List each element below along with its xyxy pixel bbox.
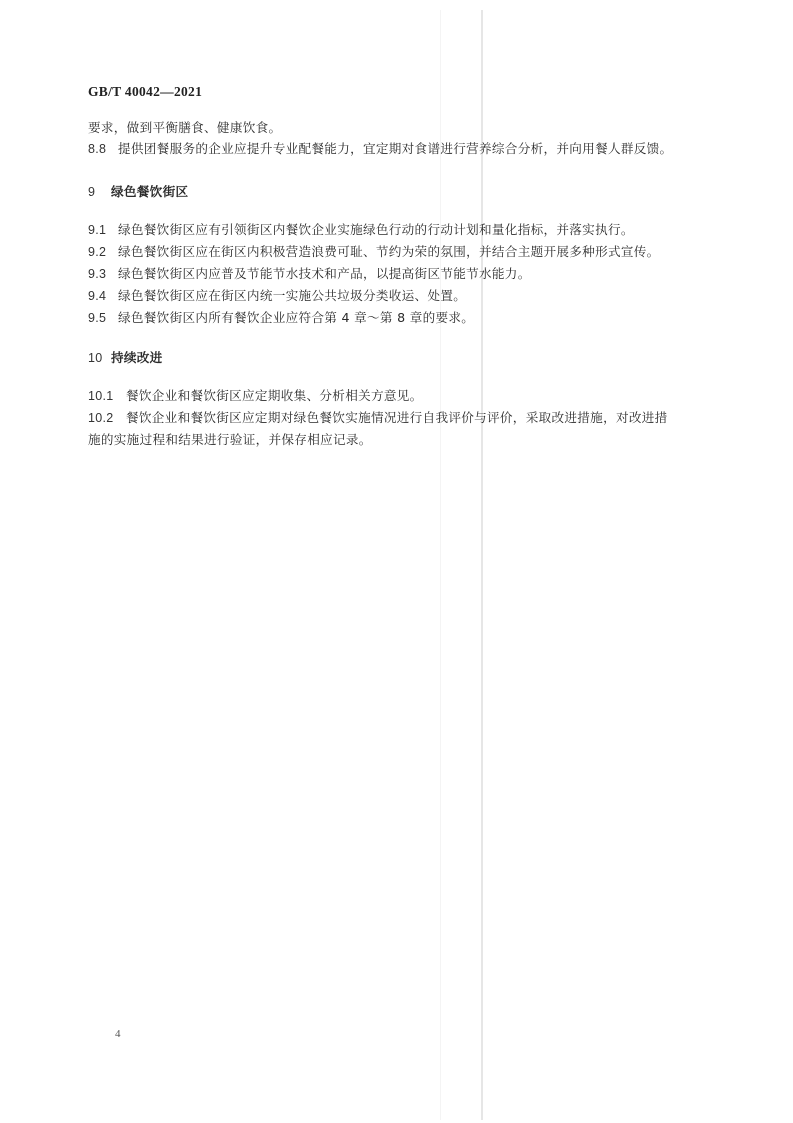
- clause-number: 8.8: [88, 141, 118, 157]
- clause-number: 9.1: [88, 222, 118, 238]
- clause-text: 绿色餐饮街区内应普及节能节水技术和产品，以提高街区节能节水能力。: [118, 266, 531, 281]
- scan-artifact-line: [440, 10, 441, 1120]
- continuation-line: 要求，做到平衡膳食、健康饮食。: [88, 120, 708, 136]
- section-10-heading: 10持续改进: [88, 350, 708, 366]
- clause-text: 施的实施过程和结果进行验证，并保存相应记录。: [88, 432, 372, 447]
- clause-number: 9.3: [88, 266, 118, 282]
- clause-9-3: 9.3绿色餐饮街区内应普及节能节水技术和产品，以提高街区节能节水能力。: [88, 266, 708, 282]
- clause-9-4: 9.4绿色餐饮街区应在街区内统一实施公共垃圾分类收运、处置。: [88, 288, 708, 304]
- section-9-heading: 9绿色餐饮街区: [88, 184, 708, 200]
- clause-text: 提供团餐服务的企业应提升专业配餐能力，宜定期对食谱进行营养综合分析，并向用餐人群…: [118, 141, 672, 156]
- section-title: 绿色餐饮街区: [111, 184, 188, 199]
- clause-9-2: 9.2绿色餐饮街区应在街区内积极营造浪费可耻、节约为荣的氛围，并结合主题开展多种…: [88, 244, 708, 260]
- clause-number: 9.2: [88, 244, 118, 260]
- clause-10-2-continuation: 施的实施过程和结果进行验证，并保存相应记录。: [88, 432, 708, 448]
- page-number: 4: [115, 1028, 121, 1040]
- continuation-text: 要求，做到平衡膳食、健康饮食。: [88, 120, 281, 135]
- clause-10-1: 10.1餐饮企业和餐饮街区应定期收集、分析相关方意见。: [88, 388, 708, 404]
- clause-9-1: 9.1绿色餐饮街区应有引领街区内餐饮企业实施绿色行动的行动计划和量化指标，并落实…: [88, 222, 708, 238]
- clause-number: 9.4: [88, 288, 118, 304]
- clause-number: 9.5: [88, 310, 118, 326]
- clause-text: 餐饮企业和餐饮街区应定期对绿色餐饮实施情况进行自我评价与评价，采取改进措施，对改…: [126, 410, 668, 425]
- clause-number: 10.1: [88, 388, 126, 404]
- clause-8-8: 8.8提供团餐服务的企业应提升专业配餐能力，宜定期对食谱进行营养综合分析，并向用…: [88, 141, 708, 157]
- clause-text: 绿色餐饮街区应有引领街区内餐饮企业实施绿色行动的行动计划和量化指标，并落实执行。: [118, 222, 634, 237]
- clause-9-5: 9.5绿色餐饮街区内所有餐饮企业应符合第 4 章～第 8 章的要求。: [88, 310, 708, 326]
- clause-text: 绿色餐饮街区内所有餐饮企业应符合第 4 章～第 8 章的要求。: [118, 310, 474, 325]
- clause-number: 10.2: [88, 410, 126, 426]
- standard-code-header: GB/T 40042—2021: [88, 84, 202, 100]
- clause-10-2: 10.2餐饮企业和餐饮街区应定期对绿色餐饮实施情况进行自我评价与评价，采取改进措…: [88, 410, 708, 426]
- page-fold-line: [481, 10, 483, 1120]
- section-title: 持续改进: [111, 350, 163, 365]
- clause-text: 餐饮企业和餐饮街区应定期收集、分析相关方意见。: [126, 388, 423, 403]
- section-number: 10: [88, 350, 111, 366]
- section-number: 9: [88, 184, 111, 200]
- clause-text: 绿色餐饮街区应在街区内积极营造浪费可耻、节约为荣的氛围，并结合主题开展多种形式宣…: [118, 244, 660, 259]
- clause-text: 绿色餐饮街区应在街区内统一实施公共垃圾分类收运、处置。: [118, 288, 466, 303]
